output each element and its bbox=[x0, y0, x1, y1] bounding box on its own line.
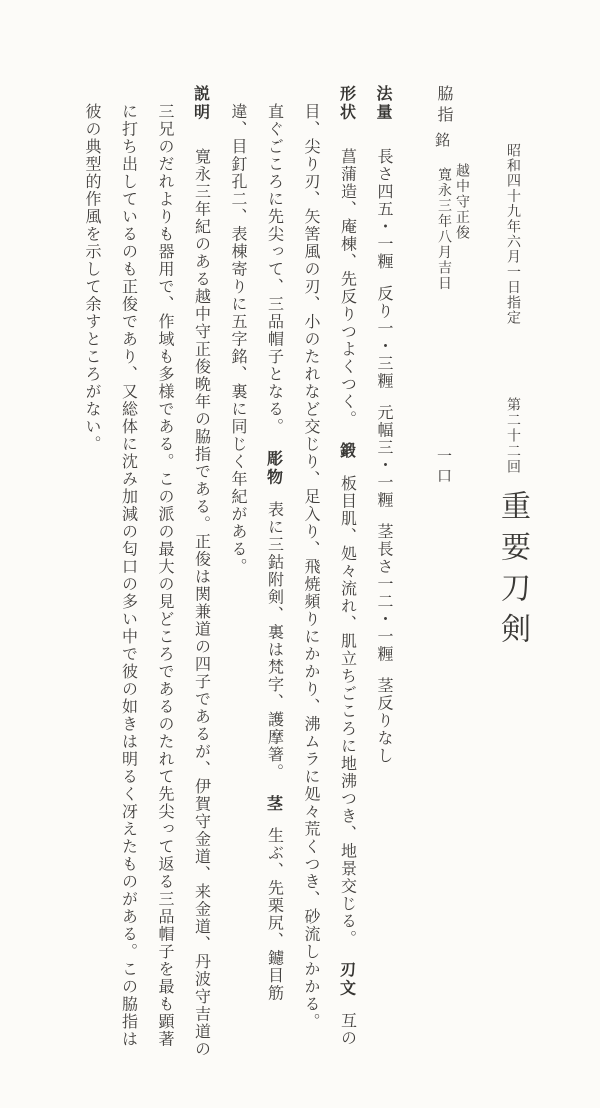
text-column: 三兄のだれよりも器用で、作域も多様である。この派の最大の見どころであるのたれて先… bbox=[146, 85, 183, 1078]
section-label: 説明 bbox=[192, 85, 211, 122]
body-text: 反り一・三糎 bbox=[375, 285, 392, 390]
text-column: 目、尖り刃、矢筈風の刃、小のたれなど交じり、足入り、飛焼頻りにかかり、沸ムラに処… bbox=[292, 85, 329, 1078]
section-label: 法量 bbox=[374, 85, 393, 122]
text-column: 形状菖蒲造、庵棟、先反りつよくつく。鍛板目肌、処々流れ、肌立ちごころに地沸つき、… bbox=[328, 85, 365, 1078]
section-label: 形状 bbox=[338, 85, 357, 122]
body-text: 互の bbox=[339, 1012, 356, 1047]
body-text: 板目肌、処々流れ、肌立ちごころに地沸つき、地景交じる。 bbox=[339, 475, 356, 948]
mei-label: 銘 bbox=[423, 132, 460, 149]
section-label: 彫物 bbox=[265, 450, 284, 487]
body-text: 三兄のだれよりも器用で、作域も多様である。この派の最大の見どころであるのたれて先… bbox=[156, 103, 173, 1048]
vertical-text-area: 昭和四十九年六月一日指定第二十二回重要刀剣 脇指銘越中守正俊寛永三年八月吉日一口… bbox=[0, 0, 600, 1108]
body-text: 菖蒲造、庵棟、先反りつよくつく。 bbox=[339, 148, 356, 428]
document-title: 重要刀剣 bbox=[496, 490, 529, 654]
designation-date: 昭和四十九年六月一日指定 bbox=[505, 143, 520, 325]
body-text: 生ぶ、先栗尻、鑢目筋 bbox=[266, 827, 283, 1002]
body-text: 茎長さ一二・一糎 bbox=[375, 523, 392, 663]
body-text: 彼の典型的作風を示して余すところがない。 bbox=[83, 103, 100, 453]
body-text: に打ち出しているのも正俊であり、又総体に沈み加減の匂口の多い中で彼の如きは明るく… bbox=[120, 103, 137, 1048]
section-label: 刃文 bbox=[338, 961, 357, 998]
body-text: 目、尖り刃、矢筈風の刃、小のたれなど交じり、足入り、飛焼頻りにかかり、沸ムラに処… bbox=[302, 103, 319, 1031]
item-column: 脇指銘越中守正俊寛永三年八月吉日一口 bbox=[432, 85, 470, 1078]
section-label: 茎 bbox=[265, 795, 284, 814]
item-count: 一口 bbox=[425, 448, 462, 488]
certificate-page: 昭和四十九年六月一日指定第二十二回重要刀剣 脇指銘越中守正俊寛永三年八月吉日一口… bbox=[0, 0, 600, 1108]
body-text: 元幅三・一糎 bbox=[375, 404, 392, 509]
body-text: 違、目釘孔二、表棟寄りに五字銘、裏に同じく年紀がある。 bbox=[229, 103, 246, 576]
body-text: 表に三鈷附剣、裏は梵字、護摩箸。 bbox=[266, 501, 283, 781]
text-column: に打ち出しているのも正俊であり、又総体に沈み加減の匂口の多い中で彼の如きは明るく… bbox=[109, 85, 146, 1078]
signature-text: 越中守正俊 bbox=[453, 163, 469, 241]
item-type: 脇指 bbox=[425, 85, 462, 127]
body-text: 寛永三年紀のある越中守正俊晩年の脇指である。正俊は関兼道の四子であるが、伊賀守金… bbox=[193, 148, 210, 1058]
body-text: 直ぐごころに先尖って、三品帽子となる。 bbox=[266, 103, 283, 436]
designation-column: 昭和四十九年六月一日指定第二十二回重要刀剣 bbox=[494, 85, 530, 1078]
date-inscription: 寛永三年八月吉日 bbox=[435, 167, 451, 291]
text-column: 直ぐごころに先尖って、三品帽子となる。彫物表に三鈷附剣、裏は梵字、護摩箸。茎生ぶ… bbox=[255, 85, 292, 1078]
text-column: 説明寛永三年紀のある越中守正俊晩年の脇指である。正俊は関兼道の四子であるが、伊賀… bbox=[182, 85, 219, 1078]
text-column: 違、目釘孔二、表棟寄りに五字銘、裏に同じく年紀がある。 bbox=[219, 85, 256, 1078]
session-number: 第二十二回 bbox=[505, 397, 520, 475]
section-label: 鍛 bbox=[338, 442, 357, 461]
body-text: 長さ四五・一糎 bbox=[375, 148, 392, 271]
text-column: 彼の典型的作風を示して余すところがない。 bbox=[73, 85, 110, 1078]
text-column: 法量長さ四五・一糎反り一・三糎元幅三・一糎茎長さ一二・一糎茎反りなし bbox=[365, 85, 402, 1078]
body-text: 茎反りなし bbox=[375, 677, 392, 765]
